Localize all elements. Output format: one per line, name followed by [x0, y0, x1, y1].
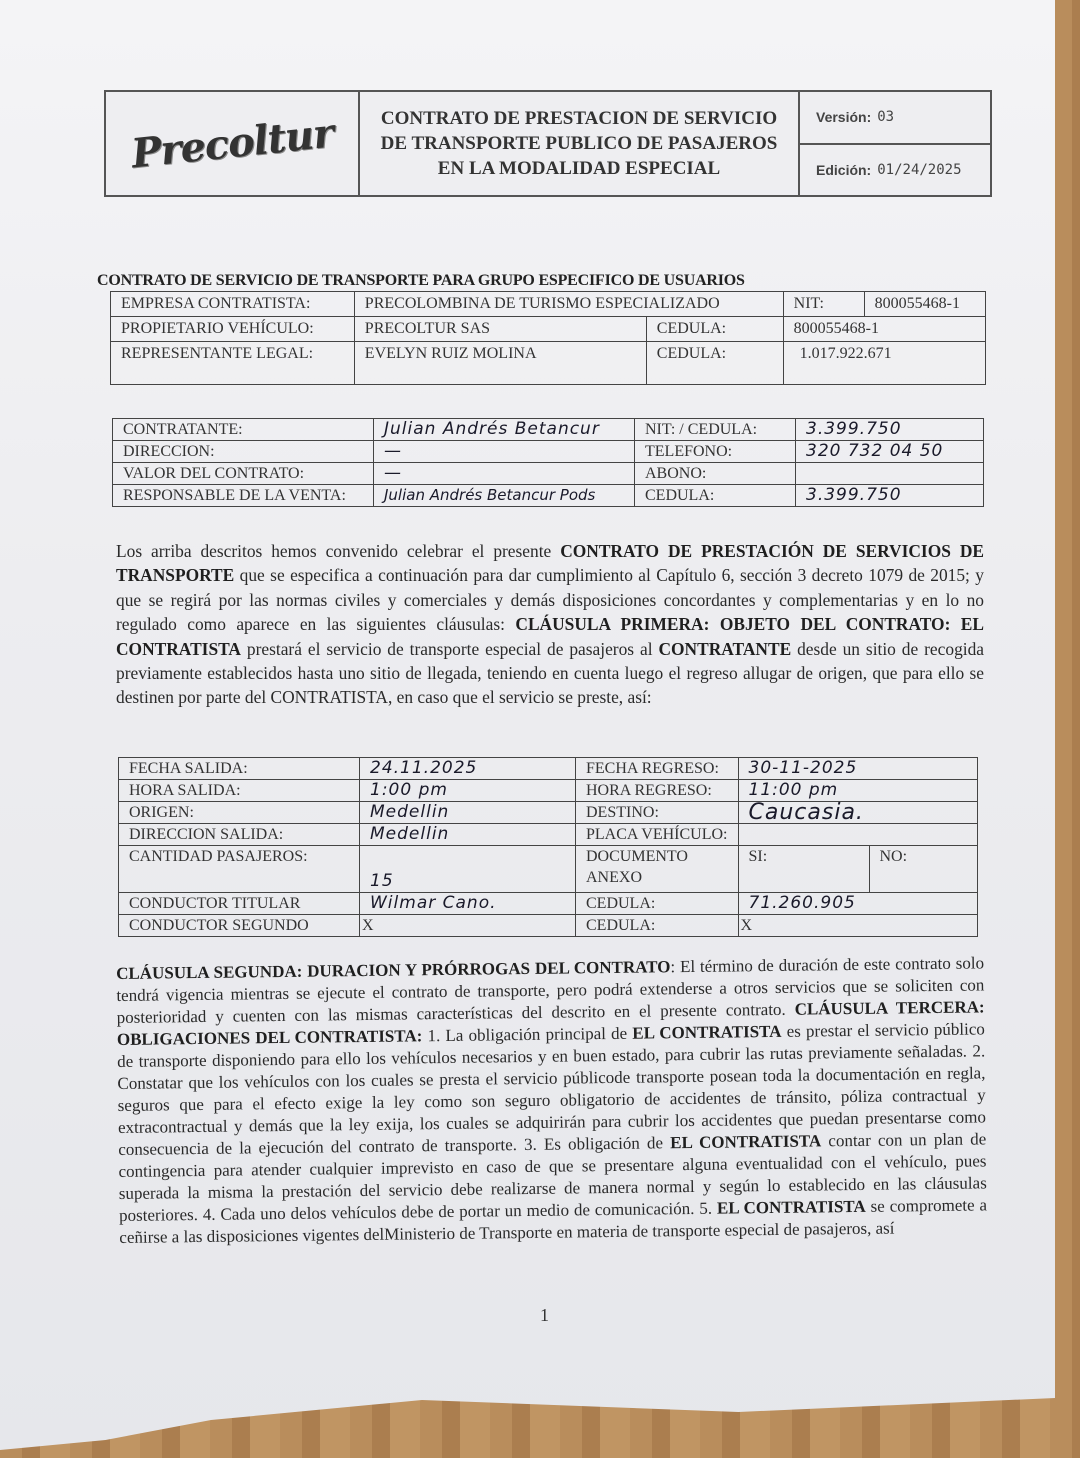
fecha-regreso-field[interactable]: 30-11-2025 [738, 758, 978, 780]
cell-label: NIT: [783, 292, 864, 317]
text-run-bold: EL CONTRATISTA [717, 1197, 866, 1218]
cell-label: HORA REGRESO: [576, 780, 739, 802]
table-row: CANTIDAD PASAJEROS: 15 DOCUMENTOANEXO SI… [119, 846, 978, 893]
fecha-salida-field[interactable]: 24.11.2025 [360, 758, 576, 780]
company-logo: Precoltur [106, 92, 360, 195]
responsable-field[interactable]: Julian Andrés Betancur Pods [374, 485, 635, 507]
pasajeros-field[interactable]: 15 [360, 846, 576, 893]
contract-subtitle: CONTRATO DE SERVICIO DE TRANSPORTE PARA … [97, 272, 745, 290]
responsable-cedula-field[interactable]: 3.399.750 [796, 485, 984, 507]
cell-label: CONDUCTOR SEGUNDO [119, 915, 360, 937]
text-run: Los arriba descritos hemos convenido cel… [116, 541, 560, 561]
valor-field[interactable]: — [374, 463, 635, 485]
table-row: VALOR DEL CONTRATO: — ABONO: [113, 463, 984, 485]
no-checkbox[interactable]: NO: [869, 846, 978, 893]
cell-value: PRECOLTUR SAS [354, 317, 646, 342]
placa-field[interactable] [738, 824, 978, 846]
edition-field: Edición:01/24/2025 [800, 145, 990, 196]
cell-value: 1.017.922.671 [783, 342, 985, 385]
title-line: DE TRANSPORTE PUBLICO DE PASAJEROS [381, 131, 778, 156]
cell-label: DIRECCION SALIDA: [119, 824, 360, 846]
text-run-bold: EL CONTRATISTA [670, 1131, 821, 1152]
cell-value: 800055468-1 [864, 292, 985, 317]
table-row: DIRECCION: — TELEFONO: 320 732 04 50 [113, 441, 984, 463]
cell-label: REPRESENTANTE LEGAL: [111, 342, 355, 385]
table-row: CONTRATANTE: Julian Andrés Betancur NIT:… [113, 419, 984, 441]
cell-label: TELEFONO: [635, 441, 796, 463]
cell-label: CEDULA: [635, 485, 796, 507]
table-row: HORA SALIDA: 1:00 pm HORA REGRESO: 11:00… [119, 780, 978, 802]
hora-salida-field[interactable]: 1:00 pm [360, 780, 576, 802]
cell-label: EMPRESA CONTRATISTA: [111, 292, 355, 317]
cell-value: EVELYN RUIZ MOLINA [354, 342, 646, 385]
origen-field[interactable]: Medellin [360, 802, 576, 824]
cell-label: FECHA REGRESO: [576, 758, 739, 780]
text-run-bold: EL CONTRATISTA [632, 1022, 781, 1043]
trip-table: FECHA SALIDA: 24.11.2025 FECHA REGRESO: … [118, 757, 978, 937]
version-field: Versión:03 [800, 92, 990, 145]
version-value: 03 [877, 109, 894, 125]
table-row: RESPONSABLE DE LA VENTA: Julian Andrés B… [113, 485, 984, 507]
cell-label: PROPIETARIO VEHÍCULO: [111, 317, 355, 342]
version-label: Versión: [816, 109, 871, 125]
title-line: CONTRATO DE PRESTACION DE SERVICIO [381, 106, 777, 131]
text-run-bold: CLÁUSULA SEGUNDA: DURACION Y PRÓRROGAS D… [116, 957, 671, 983]
cell-label: DOCUMENTO [586, 846, 728, 867]
cell-value: PRECOLOMBINA DE TURISMO ESPECIALIZADO [354, 292, 783, 317]
hora-regreso-field[interactable]: 11:00 pm [738, 780, 978, 802]
text-run: prestará el servicio de transporte espec… [241, 639, 658, 659]
cell-label: ABONO: [635, 463, 796, 485]
page-number: 1 [540, 1305, 549, 1326]
table-row: PROPIETARIO VEHÍCULO: PRECOLTUR SAS CEDU… [111, 317, 986, 342]
conductor-segundo-field[interactable]: X [360, 915, 576, 937]
table-row: ORIGEN: Medellin DESTINO: Caucasia. [119, 802, 978, 824]
cell-label: ANEXO [586, 867, 728, 888]
cell-label: CEDULA: [646, 317, 783, 342]
table-row: REPRESENTANTE LEGAL: EVELYN RUIZ MOLINA … [111, 342, 986, 385]
document-title: CONTRATO DE PRESTACION DE SERVICIO DE TR… [360, 92, 800, 195]
document-meta: Versión:03 Edición:01/24/2025 [800, 92, 990, 195]
cell-label: PLACA VEHÍCULO: [576, 824, 739, 846]
cell-label: CEDULA: [576, 893, 739, 915]
cell-label: VALOR DEL CONTRATO: [113, 463, 374, 485]
document-header: Precoltur CONTRATO DE PRESTACION DE SERV… [104, 90, 992, 197]
text-run: 1. La obligación principal de [422, 1024, 632, 1046]
conductor-titular-cedula-field[interactable]: 71.260.905 [738, 893, 978, 915]
contract-page: Precoltur CONTRATO DE PRESTACION DE SERV… [0, 0, 1055, 1458]
table-row: CONDUCTOR SEGUNDO X CEDULA: X [119, 915, 978, 937]
intro-paragraph: Los arriba descritos hemos convenido cel… [116, 539, 984, 710]
si-checkbox[interactable]: SI: [738, 846, 869, 893]
clauses-paragraph: CLÁUSULA SEGUNDA: DURACION Y PRÓRROGAS D… [116, 952, 987, 1249]
nit-field[interactable]: 3.399.750 [796, 419, 984, 441]
edition-label: Edición: [816, 162, 871, 178]
direccion-field[interactable]: — [374, 441, 635, 463]
logo-text: Precoltur [129, 110, 335, 178]
telefono-field[interactable]: 320 732 04 50 [796, 441, 984, 463]
cell-label: ORIGEN: [119, 802, 360, 824]
cell-value: 800055468-1 [783, 317, 985, 342]
table-row: DIRECCION SALIDA: Medellin PLACA VEHÍCUL… [119, 824, 978, 846]
cell-label: NIT: / CEDULA: [635, 419, 796, 441]
documento-anexo-label: DOCUMENTOANEXO [576, 846, 739, 893]
direccion-salida-field[interactable]: Medellin [360, 824, 576, 846]
contratante-field[interactable]: Julian Andrés Betancur [374, 419, 635, 441]
text-run-bold: CONTRATANTE [658, 639, 791, 659]
cell-label: CONDUCTOR TITULAR [119, 893, 360, 915]
cell-label: DIRECCION: [113, 441, 374, 463]
abono-field[interactable] [796, 463, 984, 485]
cell-label: FECHA SALIDA: [119, 758, 360, 780]
cell-label: CANTIDAD PASAJEROS: [119, 846, 360, 893]
cell-label: HORA SALIDA: [119, 780, 360, 802]
cell-label: DESTINO: [576, 802, 739, 824]
table-row: EMPRESA CONTRATISTA: PRECOLOMBINA DE TUR… [111, 292, 986, 317]
cell-label: CONTRATANTE: [113, 419, 374, 441]
conductor-titular-field[interactable]: Wilmar Cano. [360, 893, 576, 915]
edition-value: 01/24/2025 [877, 162, 961, 178]
client-table: CONTRATANTE: Julian Andrés Betancur NIT:… [112, 418, 984, 507]
cell-label: CEDULA: [646, 342, 783, 385]
cell-label: RESPONSABLE DE LA VENTA: [113, 485, 374, 507]
company-table: EMPRESA CONTRATISTA: PRECOLOMBINA DE TUR… [110, 291, 986, 385]
title-line: EN LA MODALIDAD ESPECIAL [438, 156, 720, 181]
table-row: FECHA SALIDA: 24.11.2025 FECHA REGRESO: … [119, 758, 978, 780]
destino-field[interactable]: Caucasia. [738, 802, 978, 824]
table-row: CONDUCTOR TITULAR Wilmar Cano. CEDULA: 7… [119, 893, 978, 915]
conductor-segundo-cedula-field[interactable]: X [738, 915, 978, 937]
cell-label: CEDULA: [576, 915, 739, 937]
